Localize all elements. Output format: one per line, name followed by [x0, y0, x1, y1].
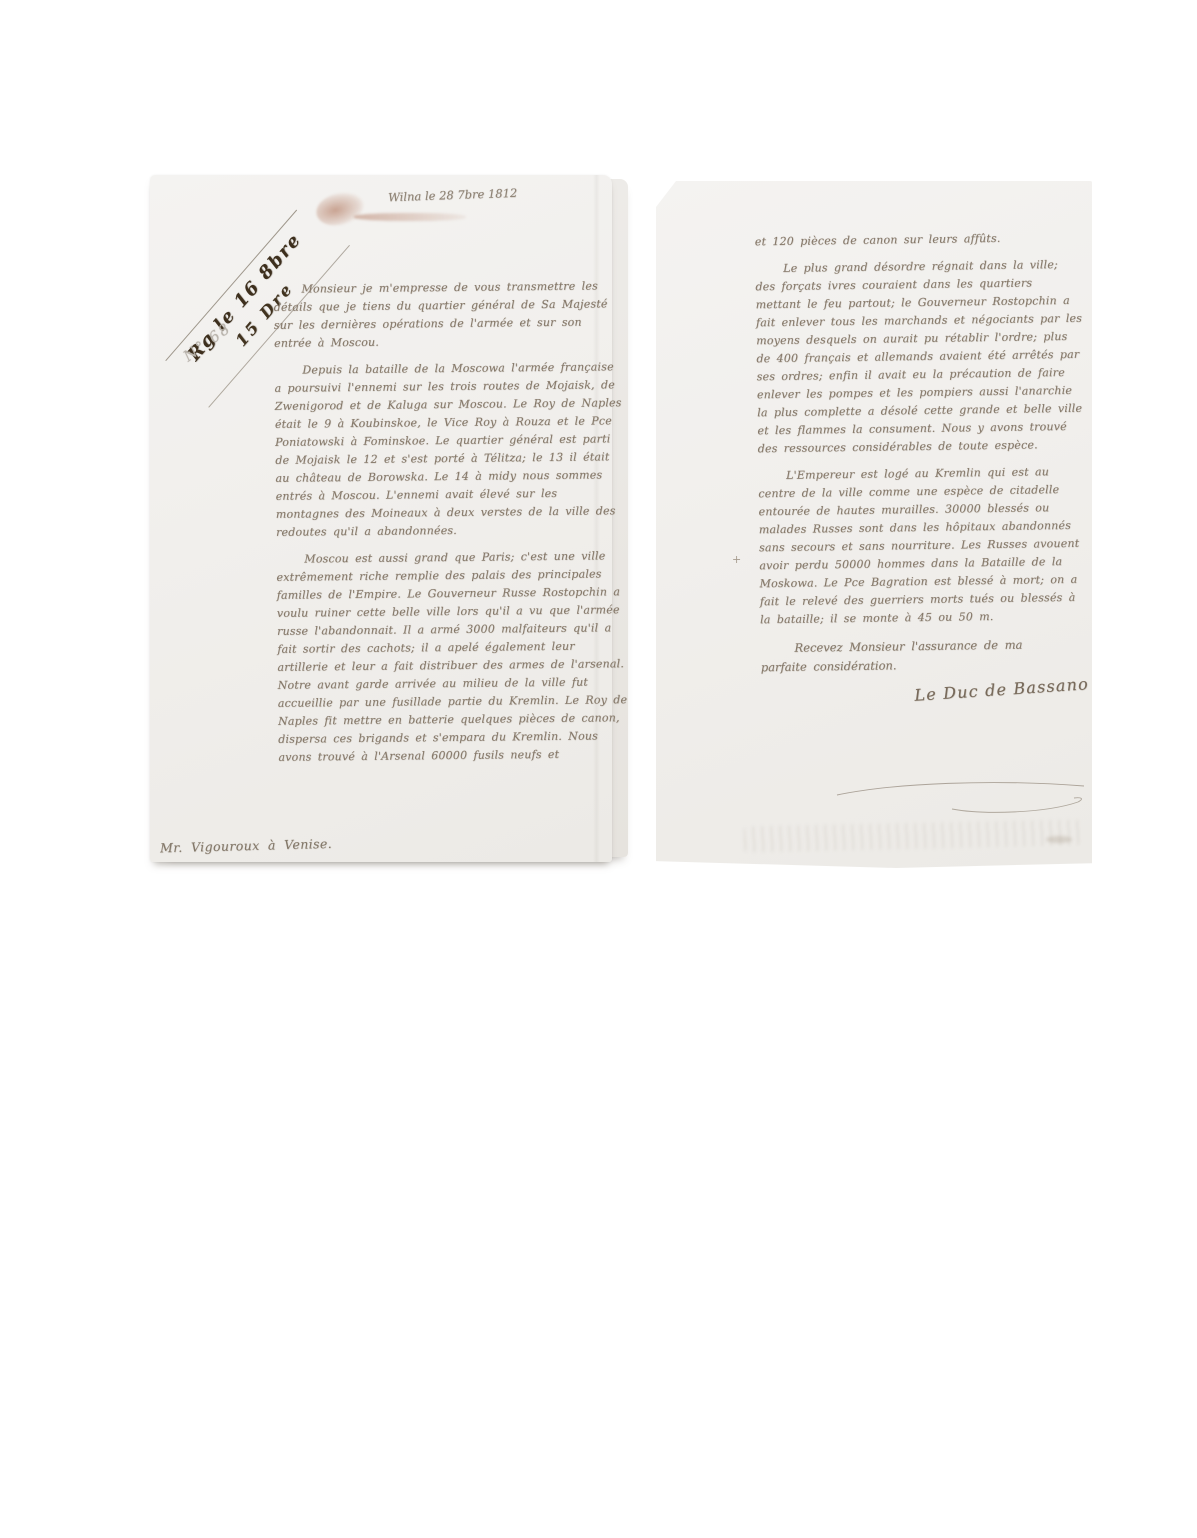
closing-formula: Recevez Monsieur l'assurance de ma parfa… [760, 635, 1051, 677]
recipient-note: Mr. Vigouroux à Venise. [160, 834, 420, 856]
letter-body-page1: Monsieur je m'empresse de vous transmett… [273, 277, 628, 776]
paragraph-kremlin: L'Empereur est logé au Kremlin qui est a… [758, 463, 1088, 630]
letter-page-1: Rg le 16 8bre 15 Dre N° 68 Wilna le 28 7… [150, 175, 612, 862]
dateline: Wilna le 28 7bre 1812 [388, 184, 578, 205]
margin-cross-mark: + [732, 553, 741, 566]
paragraph-disorder: Le plus grand désordre régnait dans la v… [755, 256, 1086, 459]
paragraph-intro: Monsieur je m'empresse de vous transmett… [273, 277, 624, 353]
red-ink-streak [354, 213, 466, 221]
paper-stain [1046, 836, 1072, 843]
letter-body-page2: et 120 pièces de canon sur leurs affûts.… [755, 229, 1090, 707]
signature: Le Duc de Bassano [761, 674, 1094, 715]
letter-page-2: + et 120 pièces de canon sur leurs affût… [656, 181, 1092, 868]
ink-showthrough [744, 819, 1080, 852]
paragraph-moscow: Moscou est aussi grand que Paris; c'est … [276, 547, 628, 767]
paragraph-continuation: et 120 pièces de canon sur leurs affûts. [755, 229, 1083, 252]
paragraph-pursuit: Depuis la bataille de la Moscowa l'armée… [274, 358, 626, 542]
signature-flourish [834, 777, 1090, 821]
